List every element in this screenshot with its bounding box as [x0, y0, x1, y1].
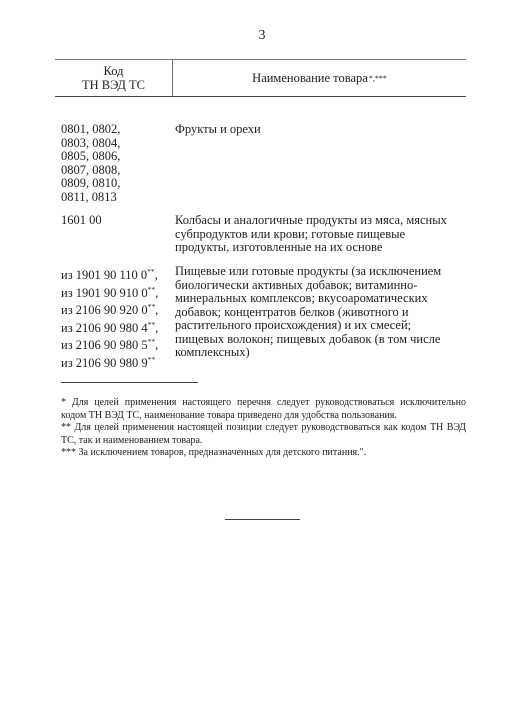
code-line: 0803, 0804,	[61, 137, 171, 151]
header-name-footnote-marks: *,***	[369, 74, 387, 83]
page-number: 3	[0, 28, 524, 44]
name-line: субпродуктов или крови; готовые пищевые	[175, 228, 485, 242]
row-name: Пищевые или готовые продукты (за исключе…	[175, 265, 485, 360]
footnote-3: *** За исключением товаров, предназначен…	[61, 447, 466, 460]
name-line: растительного происхождения) и их смесей…	[175, 319, 485, 333]
name-line: Колбасы и аналогичные продукты из мяса, …	[175, 214, 485, 228]
code-line: 1601 00	[61, 214, 171, 228]
header-name-label: Наименование товара	[252, 71, 368, 86]
row-name: Колбасы и аналогичные продукты из мяса, …	[175, 214, 485, 255]
code-line: из 2106 90 980 9**	[61, 353, 171, 371]
code-line: из 2106 90 980 5**,	[61, 335, 171, 353]
row-codes: 1601 00	[61, 214, 171, 228]
name-line: Фрукты и орехи	[175, 123, 485, 137]
row-name: Фрукты и орехи	[175, 123, 485, 137]
name-line: Пищевые или готовые продукты (за исключе…	[175, 265, 485, 279]
end-of-document-rule	[225, 519, 300, 520]
code-line: 0807, 0808,	[61, 164, 171, 178]
table-header: Код ТН ВЭД ТС Наименование товара*,***	[55, 59, 466, 97]
code-line: из 1901 90 110 0**,	[61, 265, 171, 283]
row-codes: из 1901 90 110 0**, из 1901 90 910 0**, …	[61, 265, 171, 370]
code-line: 0801, 0802,	[61, 123, 171, 137]
name-line: комплексных)	[175, 346, 485, 360]
header-code-column: Код ТН ВЭД ТС	[55, 60, 173, 96]
header-code-line2: ТН ВЭД ТС	[55, 78, 172, 92]
name-line: продукты, изготовленные на их основе	[175, 241, 485, 255]
code-line: из 1901 90 910 0**,	[61, 283, 171, 301]
code-line: 0805, 0806,	[61, 150, 171, 164]
code-line: 0811, 0813	[61, 191, 171, 205]
code-line: 0809, 0810,	[61, 177, 171, 191]
footnote-2: ** Для целей применения настоящей позици…	[61, 422, 466, 447]
code-line: из 2106 90 980 4**,	[61, 318, 171, 336]
name-line: пищевых волокон; пищевых добавок (в том …	[175, 333, 485, 347]
name-line: минеральных комплексов; вкусоароматическ…	[175, 292, 485, 306]
code-line: из 2106 90 920 0**,	[61, 300, 171, 318]
footnote-separator	[61, 382, 198, 383]
header-code-line1: Код	[55, 64, 172, 78]
row-codes: 0801, 0802, 0803, 0804, 0805, 0806, 0807…	[61, 123, 171, 204]
name-line: биологически активных добавок; витаминно…	[175, 279, 485, 293]
footnote-1: * Для целей применения настоящего перечн…	[61, 397, 466, 422]
name-line: добавок; концентратов белков (животного …	[175, 306, 485, 320]
header-name-column: Наименование товара*,***	[173, 60, 466, 96]
footnotes: * Для целей применения настоящего перечн…	[61, 397, 466, 460]
